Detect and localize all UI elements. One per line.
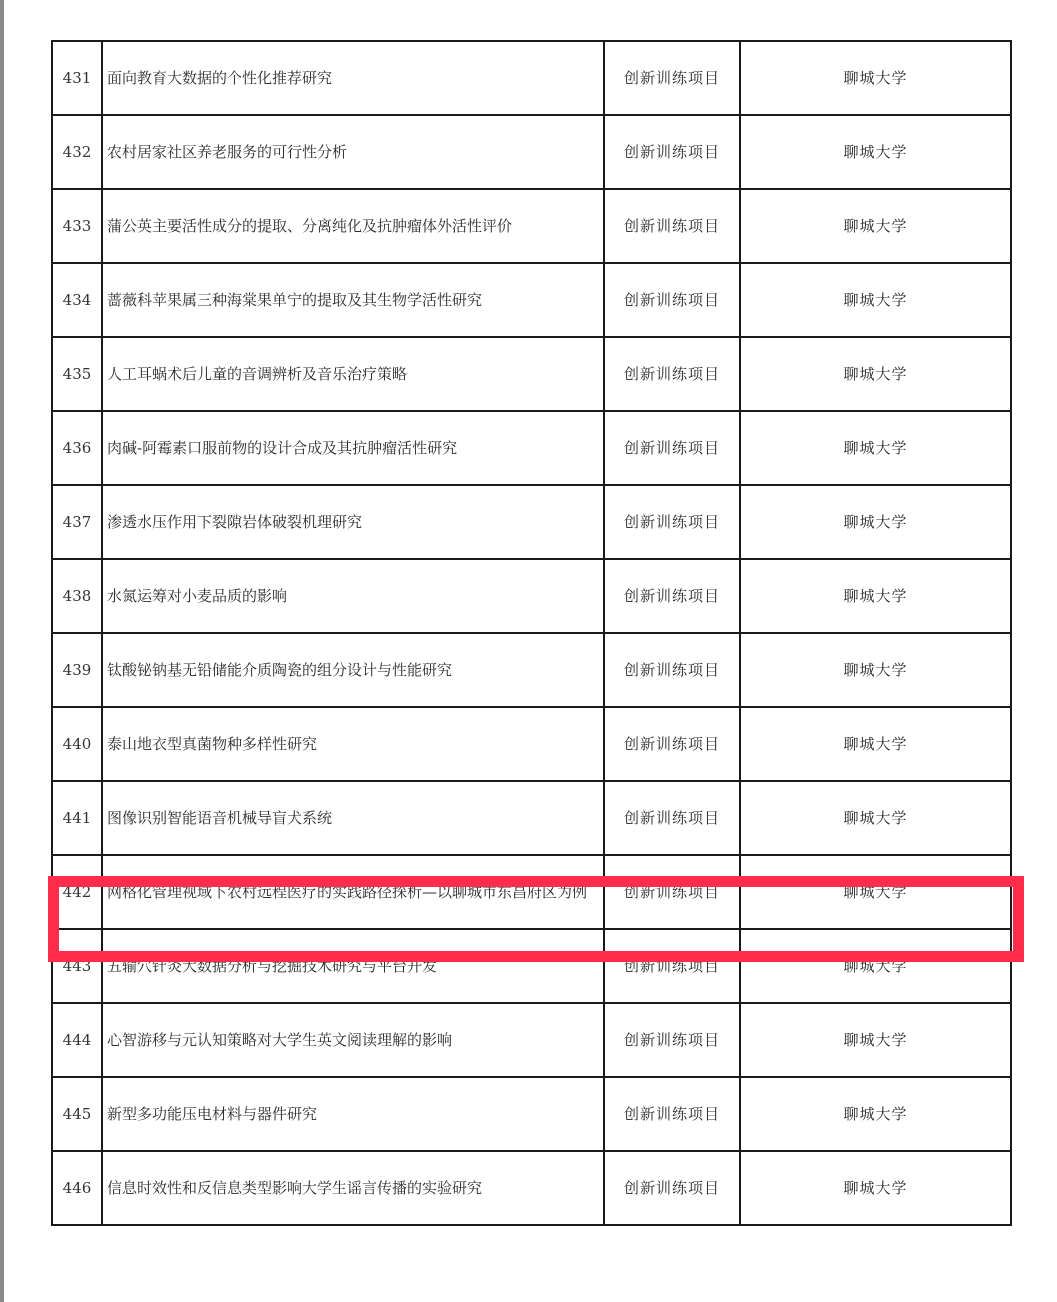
project-title: 泰山地衣型真菌物种多样性研究	[102, 707, 604, 781]
table-row: 432 农村居家社区养老服务的可行性分析 创新训练项目 聊城大学	[52, 115, 1011, 189]
project-title: 肉碱-阿霉素口服前物的设计合成及其抗肿瘤活性研究	[102, 411, 604, 485]
school-name: 聊城大学	[740, 781, 1011, 855]
project-type: 创新训练项目	[604, 781, 740, 855]
project-title: 五输穴针灸大数据分析与挖掘技术研究与平台开发	[102, 929, 604, 1003]
table-row: 437 渗透水压作用下裂隙岩体破裂机理研究 创新训练项目 聊城大学	[52, 485, 1011, 559]
school-name: 聊城大学	[740, 559, 1011, 633]
project-type: 创新训练项目	[604, 855, 740, 929]
school-name: 聊城大学	[740, 1151, 1011, 1225]
table-row: 436 肉碱-阿霉素口服前物的设计合成及其抗肿瘤活性研究 创新训练项目 聊城大学	[52, 411, 1011, 485]
project-title: 渗透水压作用下裂隙岩体破裂机理研究	[102, 485, 604, 559]
table-row: 444 心智游移与元认知策略对大学生英文阅读理解的影响 创新训练项目 聊城大学	[52, 1003, 1011, 1077]
row-number: 439	[52, 633, 102, 707]
row-number: 438	[52, 559, 102, 633]
school-name: 聊城大学	[740, 115, 1011, 189]
school-name: 聊城大学	[740, 485, 1011, 559]
table-row: 443 五输穴针灸大数据分析与挖掘技术研究与平台开发 创新训练项目 聊城大学	[52, 929, 1011, 1003]
row-number: 437	[52, 485, 102, 559]
project-type: 创新训练项目	[604, 929, 740, 1003]
table-row: 445 新型多功能压电材料与器件研究 创新训练项目 聊城大学	[52, 1077, 1011, 1151]
project-type: 创新训练项目	[604, 263, 740, 337]
table-row: 439 钛酸铋钠基无铅储能介质陶瓷的组分设计与性能研究 创新训练项目 聊城大学	[52, 633, 1011, 707]
row-number: 445	[52, 1077, 102, 1151]
table-body: 431 面向教育大数据的个性化推荐研究 创新训练项目 聊城大学 432 农村居家…	[52, 41, 1011, 1225]
project-title: 信息时效性和反信息类型影响大学生谣言传播的实验研究	[102, 1151, 604, 1225]
project-title: 图像识别智能语音机械导盲犬系统	[102, 781, 604, 855]
project-title: 蒲公英主要活性成分的提取、分离纯化及抗肿瘤体外活性评价	[102, 189, 604, 263]
row-number: 431	[52, 41, 102, 115]
row-number: 432	[52, 115, 102, 189]
project-type: 创新训练项目	[604, 189, 740, 263]
school-name: 聊城大学	[740, 263, 1011, 337]
project-type: 创新训练项目	[604, 707, 740, 781]
row-number: 440	[52, 707, 102, 781]
row-number: 446	[52, 1151, 102, 1225]
table-row: 438 水氮运筹对小麦品质的影响 创新训练项目 聊城大学	[52, 559, 1011, 633]
row-number: 434	[52, 263, 102, 337]
project-table: 431 面向教育大数据的个性化推荐研究 创新训练项目 聊城大学 432 农村居家…	[51, 40, 1012, 1226]
project-type: 创新训练项目	[604, 115, 740, 189]
table-row: 433 蒲公英主要活性成分的提取、分离纯化及抗肿瘤体外活性评价 创新训练项目 聊…	[52, 189, 1011, 263]
school-name: 聊城大学	[740, 189, 1011, 263]
project-type: 创新训练项目	[604, 41, 740, 115]
row-number: 436	[52, 411, 102, 485]
table-row-highlighted: 442 网格化管理视域下农村远程医疗的实践路径探析—以聊城市东昌府区为例 创新训…	[52, 855, 1011, 929]
school-name: 聊城大学	[740, 41, 1011, 115]
school-name: 聊城大学	[740, 633, 1011, 707]
table-row: 441 图像识别智能语音机械导盲犬系统 创新训练项目 聊城大学	[52, 781, 1011, 855]
project-type: 创新训练项目	[604, 559, 740, 633]
school-name: 聊城大学	[740, 707, 1011, 781]
table-row: 440 泰山地衣型真菌物种多样性研究 创新训练项目 聊城大学	[52, 707, 1011, 781]
table-row: 431 面向教育大数据的个性化推荐研究 创新训练项目 聊城大学	[52, 41, 1011, 115]
project-type: 创新训练项目	[604, 411, 740, 485]
page-edge	[0, 0, 4, 1302]
table-row: 434 蔷薇科苹果属三种海棠果单宁的提取及其生物学活性研究 创新训练项目 聊城大…	[52, 263, 1011, 337]
table-row: 435 人工耳蜗术后儿童的音调辨析及音乐治疗策略 创新训练项目 聊城大学	[52, 337, 1011, 411]
project-type: 创新训练项目	[604, 1151, 740, 1225]
project-title: 人工耳蜗术后儿童的音调辨析及音乐治疗策略	[102, 337, 604, 411]
project-title: 钛酸铋钠基无铅储能介质陶瓷的组分设计与性能研究	[102, 633, 604, 707]
row-number: 435	[52, 337, 102, 411]
project-title: 面向教育大数据的个性化推荐研究	[102, 41, 604, 115]
school-name: 聊城大学	[740, 337, 1011, 411]
table-row: 446 信息时效性和反信息类型影响大学生谣言传播的实验研究 创新训练项目 聊城大…	[52, 1151, 1011, 1225]
project-type: 创新训练项目	[604, 485, 740, 559]
project-type: 创新训练项目	[604, 337, 740, 411]
row-number: 433	[52, 189, 102, 263]
row-number: 441	[52, 781, 102, 855]
project-title: 心智游移与元认知策略对大学生英文阅读理解的影响	[102, 1003, 604, 1077]
school-name: 聊城大学	[740, 1003, 1011, 1077]
school-name: 聊城大学	[740, 855, 1011, 929]
row-number: 442	[52, 855, 102, 929]
project-title: 新型多功能压电材料与器件研究	[102, 1077, 604, 1151]
school-name: 聊城大学	[740, 929, 1011, 1003]
project-type: 创新训练项目	[604, 1003, 740, 1077]
project-type: 创新训练项目	[604, 633, 740, 707]
row-number: 443	[52, 929, 102, 1003]
project-title: 农村居家社区养老服务的可行性分析	[102, 115, 604, 189]
school-name: 聊城大学	[740, 411, 1011, 485]
project-title: 蔷薇科苹果属三种海棠果单宁的提取及其生物学活性研究	[102, 263, 604, 337]
project-type: 创新训练项目	[604, 1077, 740, 1151]
school-name: 聊城大学	[740, 1077, 1011, 1151]
row-number: 444	[52, 1003, 102, 1077]
project-title: 水氮运筹对小麦品质的影响	[102, 559, 604, 633]
project-title: 网格化管理视域下农村远程医疗的实践路径探析—以聊城市东昌府区为例	[102, 855, 604, 929]
